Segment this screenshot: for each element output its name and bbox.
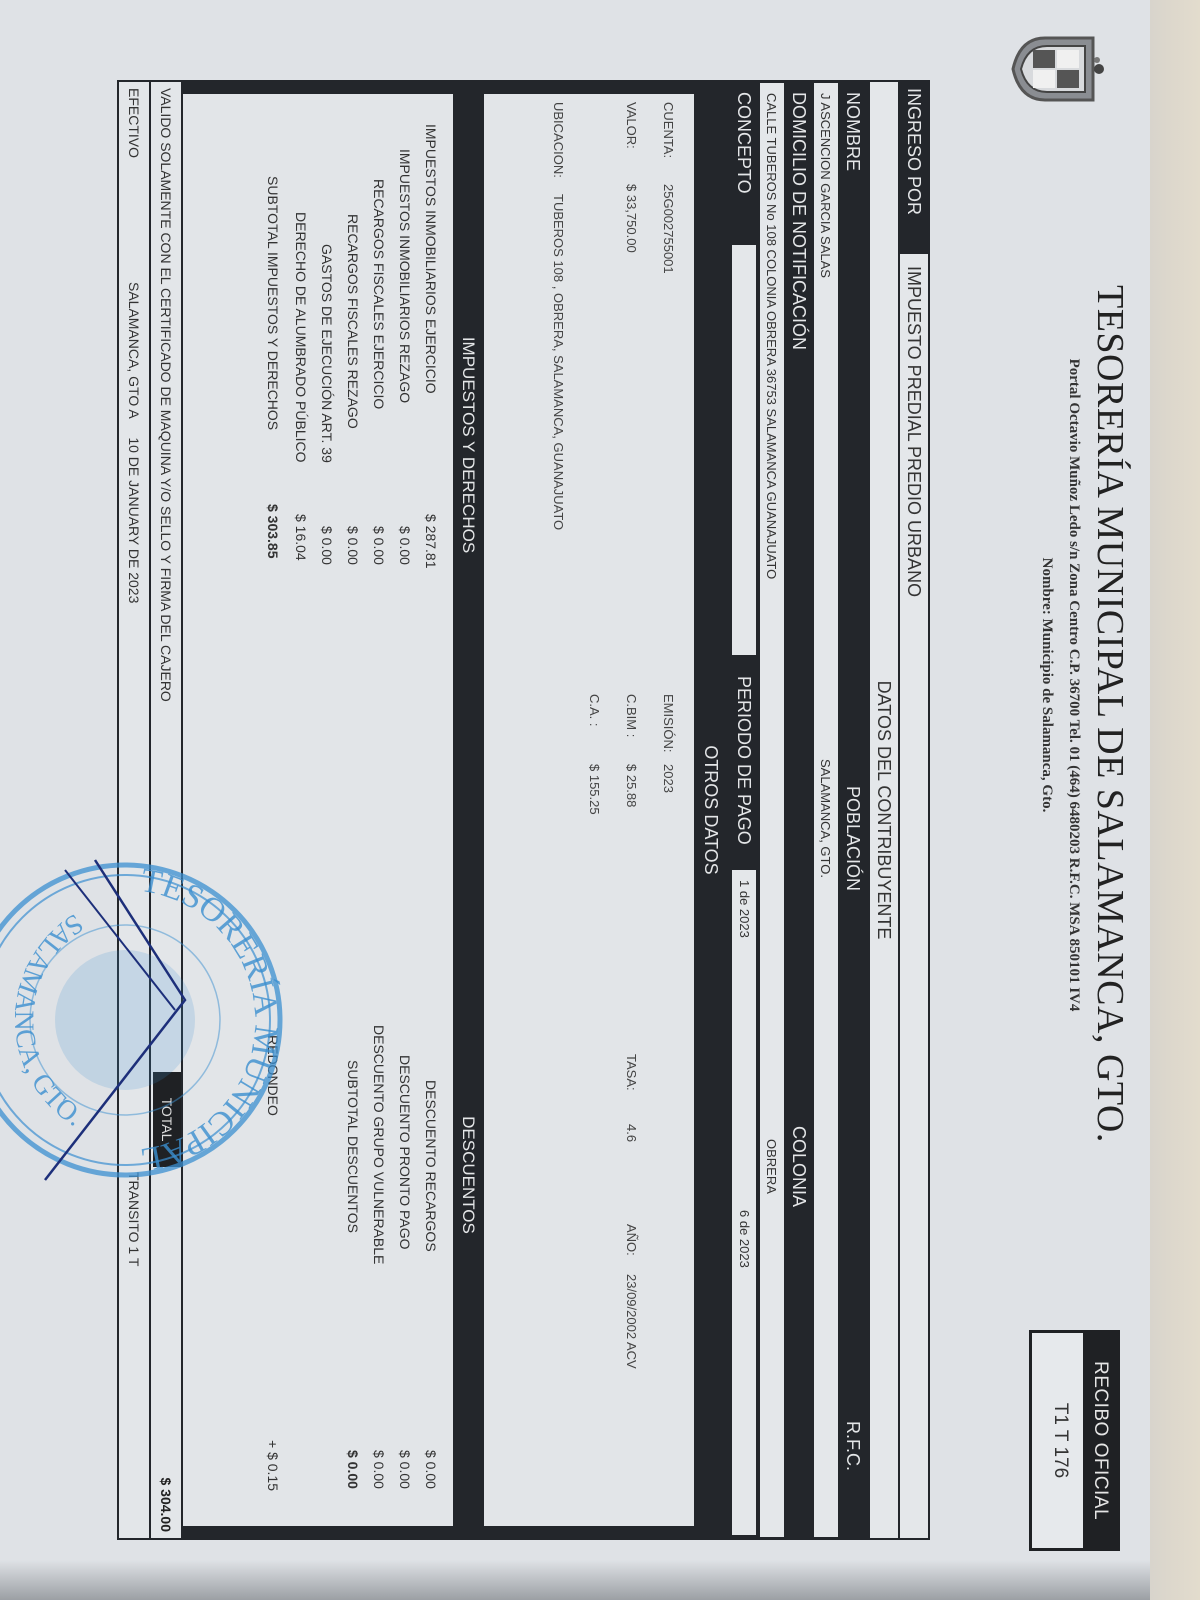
impuesto-amount: $ 0.00 bbox=[345, 526, 361, 565]
domicilio-values-row: CALLE TUBEROS No 108 COLONIA OBRERA 3675… bbox=[760, 80, 784, 1540]
coat-of-arms-icon bbox=[1010, 30, 1105, 108]
impuestos-column: IMPUESTOS INMOBILIARIOS EJERCICIO $ 287.… bbox=[183, 94, 453, 810]
ubicacion-label: UBICACION: bbox=[551, 102, 566, 178]
tasa-label: TASA: bbox=[624, 1054, 639, 1091]
receipt-paper: TESORERÍA MUNICIPAL DE SALAMANCA, GTO. P… bbox=[0, 0, 1150, 1600]
anio-value: 23/09/2002 ACV bbox=[624, 1274, 639, 1369]
impuesto-label: GASTOS DE EJECUCIÓN ART. 39 bbox=[319, 244, 335, 463]
redondeo-label: REDONDEO bbox=[265, 1035, 281, 1116]
impuestos-title: IMPUESTOS Y DERECHOS bbox=[453, 80, 484, 810]
impuestos-descuentos-header: IMPUESTOS Y DERECHOS DESCUENTOS bbox=[453, 80, 484, 1540]
ubicacion-value: TUBEROS 108 , OBRERA, SALAMANCA, GUANAJU… bbox=[551, 194, 566, 530]
total-value: $ 304.00 bbox=[158, 1478, 174, 1533]
photo-shadow bbox=[0, 1560, 1150, 1600]
svg-text:SALAMANCA, GTO.: SALAMANCA, GTO. bbox=[8, 907, 89, 1132]
descuento-amount: $ 0.00 bbox=[371, 1450, 387, 1489]
payment-row: EFECTIVO SALAMANCA, GTO A 10 DE JANUARY … bbox=[117, 80, 149, 1540]
impuesto-amount: $ 0.00 bbox=[371, 526, 387, 565]
impuesto-label: RECARGOS FISCALES EJERCICIO bbox=[371, 179, 387, 409]
redondeo-value: + $ 0.15 bbox=[265, 1440, 281, 1491]
validity-row: VALIDO SOLAMENTE CON EL CERTIFICADO DE M… bbox=[149, 80, 183, 1540]
descuento-label: DESCUENTO GRUPO VULNERABLE bbox=[371, 1025, 387, 1264]
cuenta-label: CUENTA: bbox=[661, 102, 676, 158]
cuenta-value: 25G002755001 bbox=[661, 184, 676, 274]
descuento-amount: $ 0.00 bbox=[397, 1450, 413, 1489]
descuentos-title: DESCUENTOS bbox=[453, 810, 484, 1540]
nombre-value: J ASCENCION GARCIA SALAS bbox=[819, 87, 834, 284]
impuesto-amount: $ 16.04 bbox=[293, 514, 309, 561]
issuer-name: Nombre: Municipio de Salamanca, Gto. bbox=[1038, 285, 1055, 1085]
receipt-number: T1 T 176 bbox=[1037, 1333, 1083, 1548]
payment-method: EFECTIVO bbox=[126, 82, 142, 164]
ca-label: C.A. : bbox=[587, 694, 602, 727]
place-date: SALAMANCA, GTO A 10 DE JANUARY DE 2023 bbox=[126, 282, 142, 603]
impuesto-label: DERECHO DE ALUMBRADO PÚBLICO bbox=[293, 212, 309, 463]
otros-datos-body: CUENTA: 25G002755001 EMISIÓN: 2023 VALOR… bbox=[484, 80, 694, 1540]
tasa-value: 4.6 bbox=[624, 1124, 639, 1142]
impuestos-subtotal-label: SUBTOTAL IMPUESTOS Y DERECHOS bbox=[265, 176, 281, 430]
rfc-label: R.F.C. bbox=[843, 1415, 864, 1477]
otros-datos-header: OTROS DATOS bbox=[694, 80, 728, 1540]
poblacion-label: POBLACIÓN bbox=[843, 780, 864, 897]
cbim-label: C.BIM : bbox=[624, 694, 639, 737]
periodo-inicio: 1 de 2023 bbox=[737, 880, 752, 938]
contribuyente-header-row: NOMBRE POBLACIÓN R.F.C. bbox=[838, 80, 868, 1540]
concepto-value bbox=[732, 245, 756, 655]
descuentos-column: DESCUENTO RECARGOS $ 0.00 DESCUENTO PRON… bbox=[183, 810, 453, 1526]
periodo-fin: 6 de 2023 bbox=[737, 1210, 752, 1268]
periodo-label: PERIODO DE PAGO bbox=[734, 670, 755, 851]
contribuyente-values-row: J ASCENCION GARCIA SALAS SALAMANCA, GTO. bbox=[814, 80, 838, 1540]
impuesto-amount: $ 0.00 bbox=[319, 526, 335, 565]
ingreso-row: INGRESO POR IMPUESTO PREDIAL PREDIO URBA… bbox=[898, 80, 930, 1540]
anio-label: AÑO: bbox=[624, 1224, 639, 1256]
contribuyente-section: DATOS DEL CONTRIBUYENTE bbox=[868, 80, 898, 1540]
impuesto-label: IMPUESTOS INMOBILIARIOS REZAGO bbox=[397, 149, 413, 403]
validity-note: VALIDO SOLAMENTE CON EL CERTIFICADO DE M… bbox=[158, 82, 174, 708]
descuento-label: DESCUENTO PRONTO PAGO bbox=[397, 1055, 413, 1249]
cbim-value: $ 25.88 bbox=[624, 764, 639, 807]
colonia-label: COLONIA bbox=[789, 1120, 810, 1213]
concepto-label: CONCEPTO bbox=[734, 86, 755, 200]
descuentos-subtotal: $ 0.00 bbox=[345, 1450, 361, 1489]
impuesto-amount: $ 0.00 bbox=[397, 526, 413, 565]
header: TESORERÍA MUNICIPAL DE SALAMANCA, GTO. P… bbox=[1038, 285, 1132, 1085]
emision-label: EMISIÓN: bbox=[661, 694, 676, 753]
periodo-box: 1 de 2023 6 de 2023 bbox=[732, 870, 756, 1535]
poblacion-value: SALAMANCA, GTO. bbox=[819, 753, 834, 884]
page-title: TESORERÍA MUNICIPAL DE SALAMANCA, GTO. bbox=[1088, 285, 1132, 1085]
impuesto-label: RECARGOS FISCALES REZAGO bbox=[345, 214, 361, 429]
ca-value: $ 155.25 bbox=[587, 764, 602, 815]
impuestos-subtotal: $ 303.85 bbox=[265, 504, 281, 559]
domicilio-label: DOMICILIO DE NOTIFICACIÓN bbox=[789, 86, 810, 356]
cashier-id: TRANSITO 1 T bbox=[126, 1172, 142, 1266]
domicilio-header-row: DOMICILIO DE NOTIFICACIÓN COLONIA bbox=[784, 80, 814, 1540]
emision-value: 2023 bbox=[661, 764, 676, 793]
descuento-amount: $ 0.00 bbox=[423, 1450, 439, 1489]
ingreso-label: INGRESO POR bbox=[900, 82, 928, 254]
receipt-body: INGRESO POR IMPUESTO PREDIAL PREDIO URBA… bbox=[117, 80, 930, 1540]
nombre-label: NOMBRE bbox=[843, 86, 864, 177]
impuesto-amount: $ 287.81 bbox=[423, 514, 439, 569]
total-label: TOTAL bbox=[153, 1072, 181, 1167]
descuentos-subtotal-label: SUBTOTAL DESCUENTOS bbox=[345, 1060, 361, 1233]
domicilio-value: CALLE TUBEROS No 108 COLONIA OBRERA 3675… bbox=[765, 87, 780, 585]
valor-value: $ 33,750.00 bbox=[624, 184, 639, 253]
receipt-label: RECIBO OFICIAL bbox=[1083, 1333, 1117, 1548]
impuesto-label: IMPUESTOS INMOBILIARIOS EJERCICIO bbox=[423, 124, 439, 394]
background-surface bbox=[1150, 0, 1200, 1600]
colonia-value: OBRERA bbox=[765, 1133, 780, 1200]
impuestos-descuentos-body: IMPUESTOS INMOBILIARIOS EJERCICIO $ 287.… bbox=[183, 80, 453, 1540]
contribuyente-title: DATOS DEL CONTRIBUYENTE bbox=[874, 675, 895, 946]
descuento-label: DESCUENTO RECARGOS bbox=[423, 1080, 439, 1252]
otros-datos-title: OTROS DATOS bbox=[701, 739, 722, 880]
valor-label: VALOR: bbox=[624, 102, 639, 149]
issuer-address: Portal Octavio Muñoz Ledo s/n Zona Centr… bbox=[1065, 285, 1082, 1085]
concepto-row: CONCEPTO PERIODO DE PAGO 1 de 2023 6 de … bbox=[728, 80, 760, 1540]
receipt-number-box: RECIBO OFICIAL T1 T 176 bbox=[1029, 1330, 1120, 1551]
ingreso-value: IMPUESTO PREDIAL PREDIO URBANO bbox=[904, 254, 925, 603]
